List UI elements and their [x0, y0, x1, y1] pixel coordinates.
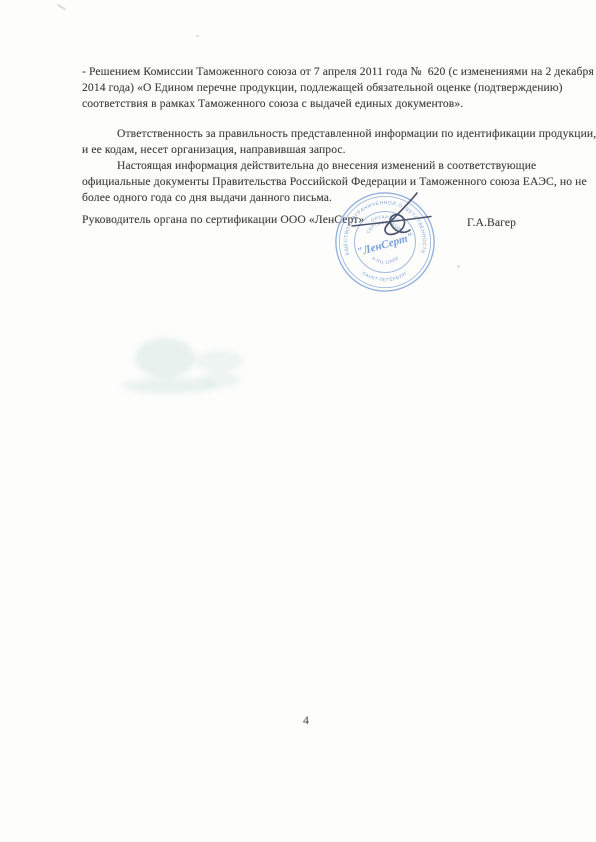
handwritten-signature: [330, 180, 460, 250]
signatory-name-label: Г.А.Вагер: [467, 216, 516, 229]
paragraph-decision: - Решением Комиссии Таможенного союза от…: [82, 64, 564, 113]
body-text-line: - Решением Комиссии Таможенного союза от…: [82, 64, 564, 80]
scan-artifact: [196, 35, 199, 37]
body-text-line: официальные документы Правительства Росс…: [82, 174, 564, 190]
ink-bleed-smudge: [195, 350, 243, 372]
body-text-line: более одного года со дня выдачи данного …: [82, 190, 564, 206]
body-text-line: соответствия в рамках Таможенного союза …: [82, 96, 564, 112]
scan-artifact: [457, 265, 460, 268]
body-text-line: 2014 года) «О Едином перечне продукции, …: [82, 80, 564, 96]
paragraph-responsibility: Ответственность за правильность представ…: [82, 126, 564, 158]
signatory-title-label: Руководитель органа по сертификации ООО …: [82, 213, 364, 226]
body-text-line: Ответственность за правильность представ…: [82, 126, 564, 142]
letter-body: - Решением Комиссии Таможенного союза от…: [82, 64, 564, 207]
scan-artifact: [57, 4, 65, 10]
ink-bleed-smudge: [200, 372, 240, 388]
scanned-page: - Решением Комиссии Таможенного союза от…: [0, 0, 596, 842]
ink-bleed-smudge: [135, 338, 195, 378]
signature-flourish-stroke: [385, 193, 417, 234]
body-text-line: и ее кодам, несет организация, направивш…: [82, 142, 564, 158]
page-number: 4: [296, 713, 316, 728]
paragraph-validity: Настоящая информация действительна до вн…: [82, 158, 564, 207]
body-text-line: Настоящая информация действительна до вн…: [82, 158, 564, 174]
